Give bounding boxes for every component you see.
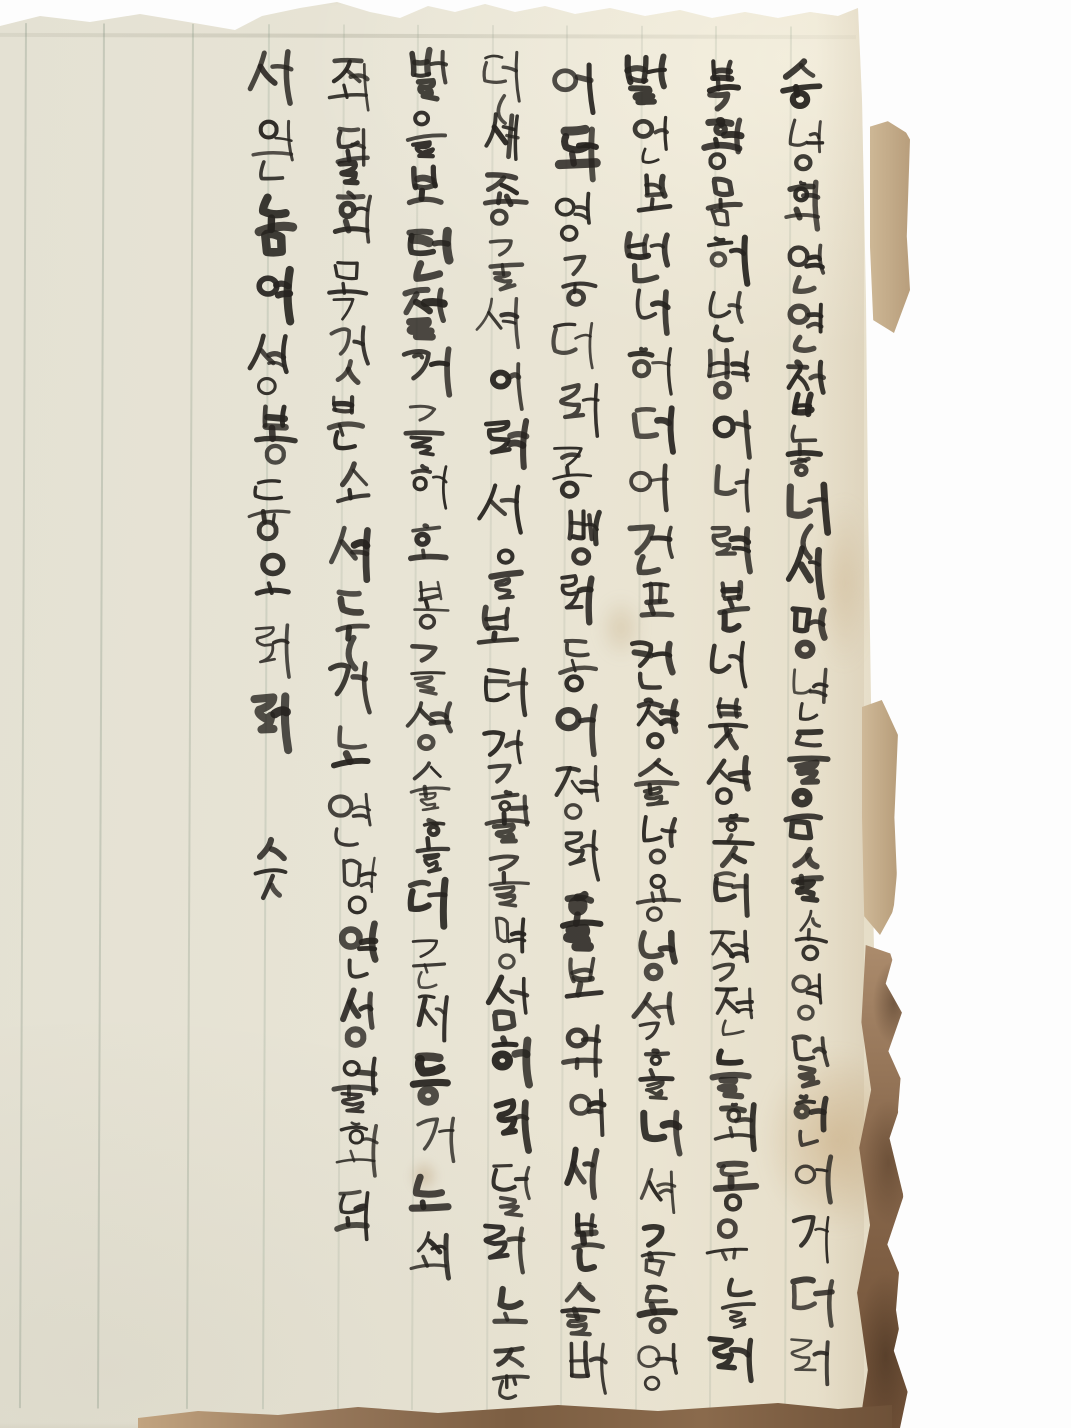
- ink-stroke: [714, 179, 731, 194]
- ink-stroke: [432, 63, 447, 65]
- ink-stroke: [526, 1040, 529, 1084]
- ink-stroke: [557, 768, 571, 795]
- ink-stroke: [496, 579, 513, 598]
- ink-stroke: [809, 930, 810, 939]
- ink-stroke: [344, 860, 360, 885]
- ink-stroke: [641, 349, 646, 350]
- ink-stroke: [796, 405, 810, 406]
- ink-stroke: [414, 355, 422, 358]
- ink-stroke: [741, 643, 745, 687]
- ink-stroke: [794, 1286, 815, 1308]
- ink-stroke: [574, 1245, 603, 1248]
- ink-stroke: [627, 68, 643, 70]
- ink-stroke: [567, 644, 588, 655]
- ink-stroke: [269, 354, 284, 358]
- ink-stroke: [648, 734, 662, 746]
- ink-stroke: [566, 805, 581, 818]
- ink-stroke: [652, 893, 654, 902]
- ink-stroke: [716, 1135, 753, 1139]
- ink-stroke: [662, 830, 674, 831]
- ink-stroke: [413, 1082, 447, 1084]
- calligraphy-column: [705, 61, 756, 1380]
- ink-stroke: [269, 362, 283, 365]
- ink-stroke: [719, 1051, 741, 1063]
- ink-stroke: [415, 113, 428, 125]
- ink-stroke: [658, 1184, 675, 1186]
- ink-stroke: [352, 145, 364, 148]
- ink-stroke: [346, 754, 350, 762]
- ink-stroke: [350, 1130, 362, 1143]
- ink-stroke: [731, 538, 748, 542]
- ink-stroke: [652, 199, 653, 208]
- ink-stroke: [491, 241, 512, 255]
- ink-stroke: [796, 466, 806, 475]
- ink-stroke: [553, 329, 575, 353]
- ink-stroke: [418, 849, 449, 851]
- ink-stroke: [498, 194, 499, 203]
- ink-stroke: [494, 1044, 516, 1045]
- ink-stroke: [410, 199, 442, 202]
- ink-stroke: [582, 782, 597, 785]
- ink-stroke: [635, 266, 657, 281]
- ink-stroke: [801, 565, 810, 580]
- ink-stroke: [723, 1253, 726, 1259]
- ink-stroke: [720, 1080, 741, 1096]
- ink-stroke: [561, 385, 583, 417]
- ink-stroke: [790, 487, 810, 515]
- ink-stroke: [494, 127, 505, 143]
- ink-stroke: [501, 1198, 522, 1216]
- ink-stroke: [421, 1089, 435, 1101]
- ink-stroke: [340, 1192, 360, 1194]
- ink-stroke: [794, 670, 810, 693]
- calligraphy-column: [477, 52, 529, 1398]
- ink-stroke: [730, 656, 741, 661]
- ink-stroke: [494, 825, 515, 841]
- ink-stroke: [565, 257, 584, 274]
- ink-stroke: [648, 70, 665, 72]
- ink-stroke: [799, 1006, 813, 1019]
- ink-stroke: [716, 238, 724, 240]
- ink-stroke: [808, 856, 816, 866]
- ink-stroke: [729, 1280, 750, 1295]
- ink-stroke: [729, 599, 732, 607]
- ink-stroke: [749, 1340, 751, 1380]
- ink-stroke: [554, 475, 591, 479]
- ink-stroke: [792, 1340, 816, 1370]
- ink-stroke: [671, 408, 673, 452]
- ink-stroke: [349, 638, 356, 669]
- ink-stroke: [572, 153, 574, 163]
- ink-stroke: [579, 589, 591, 590]
- ink-stroke: [710, 1339, 734, 1368]
- ink-stroke: [591, 1359, 606, 1363]
- ink-stroke: [415, 610, 449, 611]
- ink-stroke: [335, 404, 352, 406]
- ink-stroke: [486, 56, 503, 58]
- ink-stroke: [364, 663, 369, 712]
- ink-stroke: [795, 792, 808, 804]
- ink-stroke: [668, 644, 672, 672]
- ink-stroke: [589, 1111, 601, 1112]
- ink-stroke: [730, 780, 746, 783]
- ink-stroke: [591, 130, 592, 180]
- ink-stroke: [331, 665, 349, 694]
- ink-stroke: [592, 706, 595, 754]
- ink-stroke: [512, 808, 526, 809]
- ink-stroke: [797, 736, 820, 745]
- ink-stroke: [797, 1107, 808, 1117]
- ink-stroke: [647, 966, 661, 978]
- ink-stroke: [709, 243, 732, 246]
- ink-stroke: [353, 677, 365, 679]
- ink-stroke: [337, 1225, 367, 1229]
- ink-stroke: [272, 885, 280, 895]
- ink-stroke: [500, 955, 514, 968]
- ink-stroke: [710, 94, 727, 108]
- ink-stroke: [646, 1054, 668, 1055]
- ink-stroke: [630, 256, 648, 258]
- calligraphy-column: [783, 62, 832, 1385]
- ink-stroke: [355, 208, 367, 210]
- ink-stroke: [578, 984, 580, 995]
- ink-stroke: [737, 424, 749, 428]
- ink-stroke: [589, 65, 593, 113]
- ink-stroke: [808, 324, 821, 327]
- ink-stroke: [813, 919, 820, 926]
- ink-stroke: [795, 337, 813, 350]
- ink-stroke: [263, 556, 283, 574]
- ink-stroke: [669, 528, 672, 558]
- ink-stroke: [515, 1053, 527, 1055]
- ink-stroke: [660, 1190, 671, 1193]
- ink-stroke: [733, 373, 748, 375]
- ink-stroke: [723, 1021, 743, 1035]
- ink-stroke: [562, 455, 578, 458]
- ink-stroke: [526, 1168, 529, 1199]
- ink-stroke: [717, 789, 731, 803]
- calligraphy-column: [329, 60, 377, 1239]
- ink-stroke: [263, 198, 286, 215]
- ink-stroke: [261, 162, 283, 179]
- ink-stroke: [509, 683, 526, 685]
- ink-stroke: [420, 615, 434, 627]
- ink-stroke: [359, 948, 374, 949]
- ink-stroke: [645, 1227, 662, 1245]
- ink-stroke: [419, 736, 433, 748]
- ink-stroke: [585, 1343, 588, 1376]
- ink-stroke: [496, 918, 507, 941]
- ink-stroke: [517, 487, 521, 533]
- ink-stroke: [810, 986, 820, 988]
- ink-stroke: [811, 692, 826, 696]
- ink-stroke: [652, 1305, 655, 1313]
- ink-stroke: [410, 321, 432, 337]
- ink-stroke: [261, 122, 277, 138]
- ink-stroke: [415, 185, 435, 188]
- ink-stroke: [348, 628, 349, 639]
- ink-stroke: [423, 1202, 424, 1207]
- ink-stroke: [406, 433, 443, 434]
- ink-stroke: [655, 130, 667, 132]
- ink-stroke: [647, 601, 665, 602]
- ink-stroke: [349, 897, 365, 913]
- ink-stroke: [419, 996, 434, 998]
- ink-stroke: [411, 557, 446, 559]
- ink-stroke: [560, 668, 596, 673]
- ink-stroke: [647, 1291, 666, 1301]
- ink-stroke: [408, 135, 445, 140]
- ink-stroke: [428, 838, 429, 848]
- ink-stroke: [716, 1186, 756, 1189]
- ink-stroke: [346, 221, 349, 230]
- ink-stroke: [569, 291, 584, 304]
- ink-stroke: [657, 420, 668, 423]
- ink-stroke: [516, 1116, 527, 1118]
- ink-stroke: [429, 827, 438, 835]
- ink-stroke: [798, 376, 808, 389]
- ink-stroke: [593, 1151, 597, 1197]
- ink-stroke: [716, 139, 718, 146]
- ink-stroke: [339, 129, 358, 130]
- ink-stroke: [336, 829, 357, 845]
- ink-stroke: [807, 265, 823, 267]
- ink-stroke: [451, 1118, 453, 1161]
- ink-stroke: [413, 142, 433, 156]
- ink-stroke: [791, 821, 810, 837]
- ink-stroke: [792, 426, 815, 441]
- ink-stroke: [596, 1026, 598, 1075]
- ink-stroke: [274, 640, 288, 642]
- ink-stroke: [492, 211, 506, 224]
- ink-stroke: [635, 362, 649, 376]
- ink-stroke: [272, 849, 284, 858]
- ink-stroke: [793, 976, 809, 991]
- ink-stroke: [815, 182, 817, 229]
- ink-stroke: [712, 253, 725, 265]
- ink-stroke: [797, 1102, 814, 1104]
- ink-stroke: [727, 823, 736, 831]
- ink-stroke: [652, 538, 670, 540]
- ink-stroke: [514, 1379, 516, 1384]
- ink-stroke: [733, 886, 746, 887]
- ink-stroke: [267, 417, 284, 419]
- ink-stroke: [509, 1239, 523, 1240]
- ink-stroke: [567, 677, 582, 690]
- ink-stroke: [716, 383, 730, 397]
- ink-stroke: [350, 1003, 358, 1016]
- ink-stroke: [724, 134, 741, 135]
- ink-stroke: [719, 707, 740, 709]
- ink-stroke: [731, 816, 736, 817]
- ink-stroke: [340, 163, 357, 183]
- ink-stroke: [652, 479, 667, 480]
- ink-stroke: [746, 470, 748, 511]
- ink-stroke: [744, 238, 747, 284]
- ink-stroke: [829, 1281, 832, 1325]
- ink-stroke: [494, 1376, 528, 1378]
- ink-stroke: [816, 1292, 832, 1294]
- ink-stroke: [431, 767, 440, 777]
- ink-stroke: [411, 788, 449, 792]
- ink-stroke: [817, 1170, 827, 1171]
- ink-stroke: [814, 684, 827, 686]
- ink-stroke: [640, 1023, 658, 1038]
- ink-stroke: [573, 901, 583, 911]
- ink-stroke: [572, 1375, 587, 1376]
- ink-stroke: [719, 1221, 735, 1237]
- ink-stroke: [287, 625, 290, 677]
- ink-stroke: [793, 1279, 813, 1281]
- ink-stroke: [259, 379, 276, 394]
- ink-stroke: [717, 467, 735, 494]
- ink-stroke: [583, 1039, 599, 1041]
- ink-stroke: [272, 428, 273, 439]
- ink-stroke: [354, 815, 367, 817]
- ink-stroke: [653, 362, 670, 365]
- ink-stroke: [578, 77, 591, 80]
- ink-stroke: [498, 96, 505, 123]
- ink-stroke: [494, 633, 495, 639]
- ink-stroke: [491, 573, 520, 577]
- ink-stroke: [559, 710, 579, 728]
- ink-stroke: [510, 434, 526, 436]
- ink-stroke: [415, 677, 436, 694]
- ink-stroke: [555, 71, 576, 90]
- ink-stroke: [447, 349, 449, 395]
- ink-stroke: [337, 1160, 375, 1163]
- ink-stroke: [582, 845, 597, 849]
- ink-stroke: [510, 375, 519, 377]
- ink-stroke: [828, 1157, 831, 1202]
- ink-stroke: [352, 1123, 359, 1125]
- ink-stroke: [516, 52, 519, 101]
- ink-stroke: [746, 876, 747, 916]
- ink-stroke: [827, 1342, 828, 1384]
- ink-stroke: [414, 964, 445, 966]
- ink-stroke: [413, 471, 430, 473]
- ink-stroke: [579, 1251, 594, 1269]
- ink-stroke: [715, 327, 732, 340]
- ink-stroke: [350, 490, 351, 498]
- ink-stroke: [590, 323, 592, 368]
- ink-stroke: [734, 1250, 735, 1258]
- ink-stroke: [730, 736, 737, 748]
- ink-stroke: [353, 807, 370, 810]
- ink-stroke: [593, 832, 598, 880]
- ink-stroke: [255, 487, 281, 499]
- ink-stroke: [733, 364, 747, 368]
- ink-stroke: [800, 1067, 818, 1086]
- ink-stroke: [710, 154, 724, 168]
- ink-stroke: [731, 250, 743, 254]
- ink-stroke: [723, 590, 738, 591]
- ink-stroke: [645, 1377, 659, 1389]
- ink-stroke: [631, 88, 654, 102]
- ink-stroke: [650, 1254, 651, 1259]
- ink-stroke: [408, 703, 422, 726]
- ink-stroke: [801, 182, 805, 184]
- ink-stroke: [646, 700, 651, 702]
- ink-stroke: [425, 526, 427, 527]
- ink-stroke: [486, 1226, 508, 1257]
- ink-stroke: [731, 953, 746, 956]
- ink-stroke: [525, 1103, 529, 1151]
- ink-stroke: [657, 1359, 675, 1361]
- ink-stroke: [506, 792, 510, 793]
- ink-stroke: [635, 652, 651, 655]
- ink-stroke: [583, 1234, 584, 1243]
- ink-stroke: [794, 1037, 809, 1039]
- ink-stroke: [795, 278, 814, 292]
- ink-stroke: [348, 1029, 364, 1045]
- ink-stroke: [721, 714, 739, 715]
- ink-stroke: [348, 1218, 349, 1225]
- ink-stroke: [715, 842, 753, 843]
- ink-stroke: [796, 156, 810, 169]
- ink-stroke: [429, 894, 445, 895]
- ink-stroke: [484, 63, 505, 83]
- ink-stroke: [571, 523, 584, 525]
- ink-stroke: [416, 74, 429, 76]
- ink-stroke: [557, 199, 574, 214]
- ink-stroke: [367, 197, 370, 242]
- ink-stroke: [640, 674, 660, 688]
- ink-stroke: [479, 640, 517, 643]
- ink-stroke: [790, 306, 808, 322]
- ink-stroke: [790, 248, 807, 265]
- ink-stroke: [732, 1350, 748, 1355]
- ink-stroke: [641, 1078, 673, 1079]
- ink-stroke: [417, 264, 440, 279]
- ink-stroke: [746, 412, 750, 457]
- ink-stroke: [810, 622, 824, 625]
- ink-stroke: [361, 883, 371, 886]
- ink-stroke: [637, 409, 654, 410]
- ink-stroke: [651, 850, 665, 862]
- ink-stroke: [562, 483, 577, 496]
- ink-stroke: [420, 793, 438, 810]
- ink-stroke: [502, 314, 517, 317]
- ink-stroke: [737, 1002, 752, 1003]
- ink-stroke: [590, 1103, 604, 1105]
- ink-stroke: [415, 62, 427, 63]
- ink-stroke: [734, 548, 749, 551]
- ink-stroke: [726, 1196, 740, 1210]
- ink-stroke: [411, 891, 429, 909]
- calligraphy-column: [627, 57, 679, 1390]
- ink-stroke: [639, 557, 658, 573]
- ink-stroke: [412, 1207, 448, 1209]
- ink-stroke: [629, 244, 644, 247]
- ink-stroke: [413, 239, 429, 242]
- ink-stroke: [419, 1233, 429, 1251]
- ink-stroke: [343, 284, 344, 294]
- ink-stroke: [712, 646, 729, 672]
- ink-stroke: [809, 257, 819, 259]
- ink-stroke: [589, 515, 592, 539]
- ink-stroke: [595, 385, 597, 436]
- ink-stroke: [432, 714, 446, 717]
- ink-stroke: [490, 766, 510, 782]
- ink-stroke: [341, 599, 361, 612]
- ink-stroke: [415, 763, 429, 778]
- ink-stroke: [714, 964, 733, 979]
- ink-stroke: [826, 1217, 828, 1262]
- ink-stroke: [413, 941, 437, 957]
- ink-stroke: [502, 500, 517, 502]
- ink-stroke: [493, 373, 509, 387]
